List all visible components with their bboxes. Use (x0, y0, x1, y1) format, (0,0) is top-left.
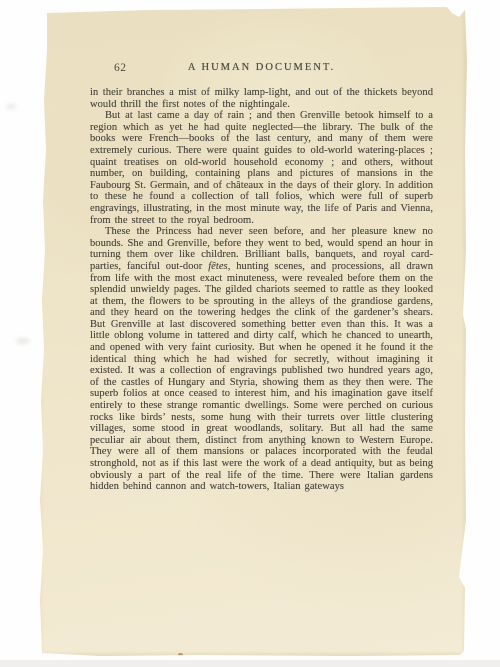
paragraph-3: These the Princess had never seen before… (90, 226, 433, 493)
scan-edge-strip (0, 660, 500, 667)
body-text: in their branches a mist of milky lamp-l… (90, 87, 433, 493)
paragraph-text: , hunting scenes, and processions, all d… (90, 261, 433, 492)
paragraph-text-italic: fêtes (208, 261, 228, 272)
scan-artifact (6, 104, 16, 109)
paper-speck (178, 653, 183, 656)
scan-background: 62 A HUMAN DOCUMENT. in their branches a… (0, 0, 500, 667)
paragraph-text: in their branches a mist of milky lamp-l… (90, 87, 433, 110)
running-title: A HUMAN DOCUMENT. (90, 62, 433, 73)
paragraph-text: But at last came a day of rain ; and the… (90, 110, 433, 225)
scan-artifact (16, 338, 30, 344)
page-number: 62 (114, 62, 127, 74)
paragraph-2: But at last came a day of rain ; and the… (90, 110, 433, 226)
running-header: 62 A HUMAN DOCUMENT. (90, 62, 433, 75)
book-page: 62 A HUMAN DOCUMENT. in their branches a… (38, 7, 468, 657)
paragraph-1: in their branches a mist of milky lamp-l… (90, 87, 433, 110)
page-text-block: 62 A HUMAN DOCUMENT. in their branches a… (90, 7, 433, 493)
